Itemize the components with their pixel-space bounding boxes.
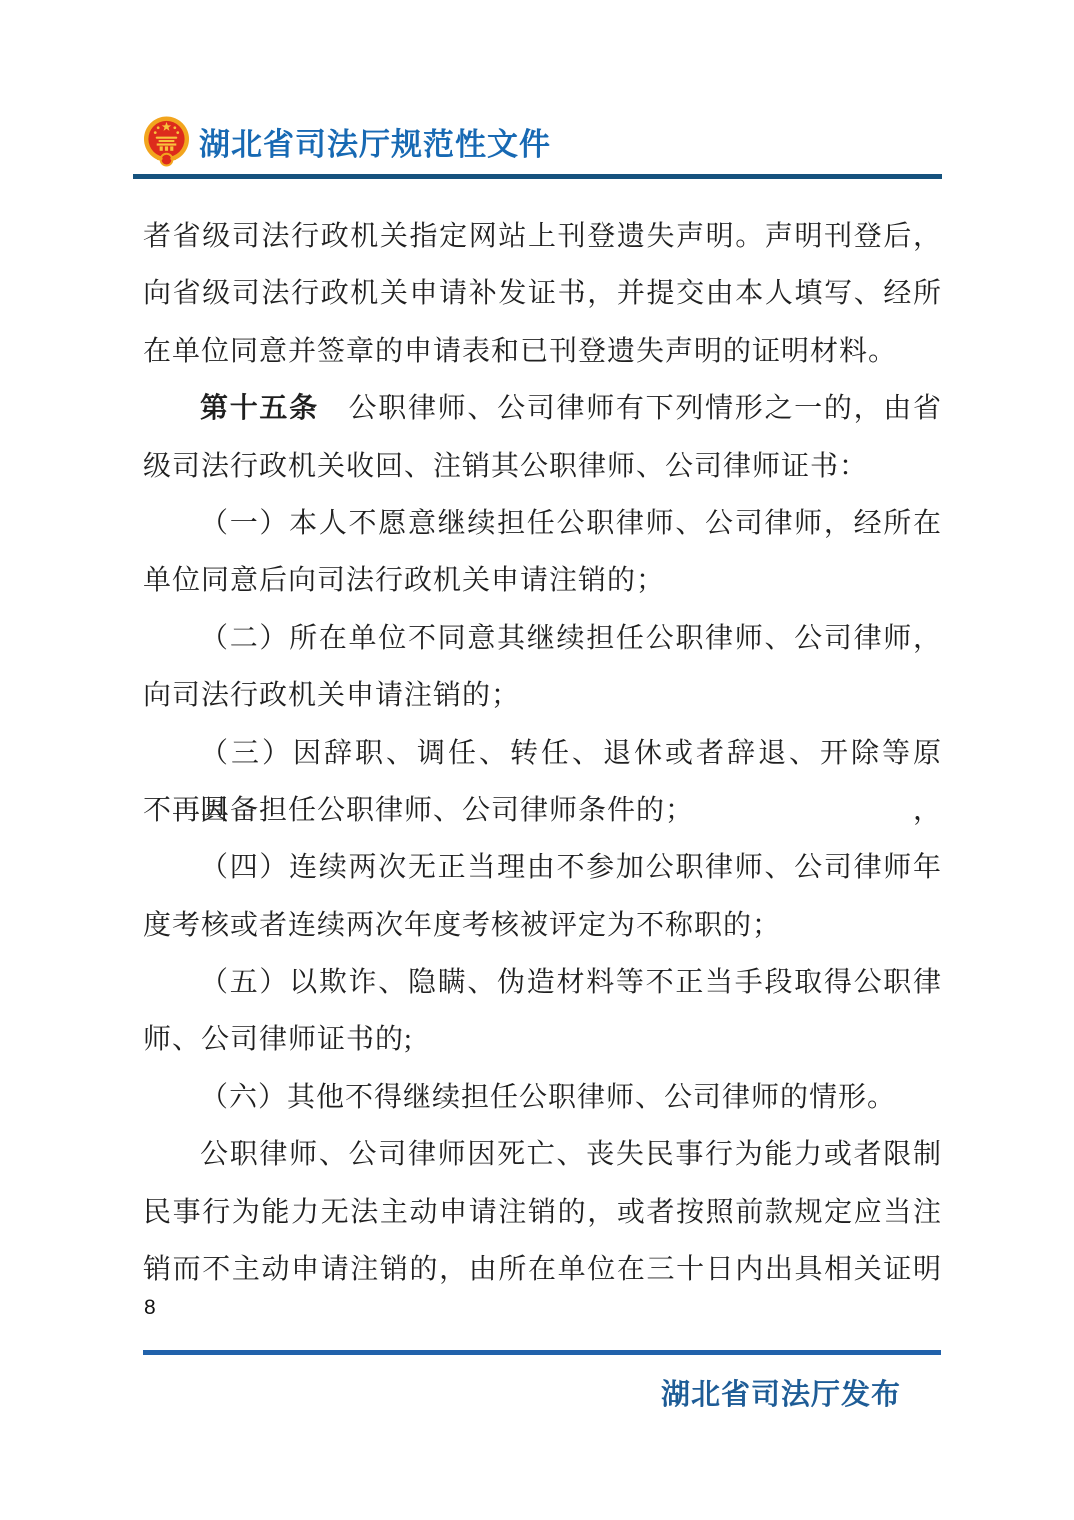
document-header: 湖北省司法厅规范性文件 — [143, 115, 551, 167]
body-line: 级司法行政机关收回、注销其公职律师、公司律师证书： — [143, 438, 942, 495]
body-line: （一）本人不愿意继续担任公职律师、公司律师，经所在 — [143, 495, 942, 552]
body-line: 在单位同意并签章的申请表和已刊登遗失声明的证明材料。 — [143, 323, 942, 380]
body-line: 向省级司法行政机关申请补发证书，并提交由本人填写、经所 — [143, 265, 942, 322]
body-line-text: 者省级司法行政机关指定网站上刊登遗失声明。声明刊登后， — [143, 221, 942, 252]
body-line-text: 在单位同意并签章的申请表和已刊登遗失声明的证明材料。 — [143, 336, 897, 367]
body-line-text: 师、公司律师证书的; — [143, 1024, 413, 1055]
body-line: 第十五条 公职律师、公司律师有下列情形之一的，由省 — [143, 380, 942, 437]
body-line-text: （二）所在单位不同意其继续担任公职律师、公司律师， — [200, 623, 942, 654]
body-line: （二）所在单位不同意其继续担任公职律师、公司律师， — [143, 610, 942, 667]
body-line-text: （四）连续两次无正当理由不参加公职律师、公司律师年 — [200, 852, 942, 883]
body-line-text: 公职律师、公司律师因死亡、丧失民事行为能力或者限制 — [200, 1139, 942, 1170]
body-line: 度考核或者连续两次年度考核被评定为不称职的； — [143, 897, 942, 954]
header-divider — [133, 174, 942, 179]
body-line-text: 公职律师、公司律师有下列情形之一的，由省 — [319, 393, 942, 424]
document-body: 者省级司法行政机关指定网站上刊登遗失声明。声明刊登后，向省级司法行政机关申请补发… — [143, 208, 942, 1298]
body-line-text: （一）本人不愿意继续担任公职律师、公司律师，经所在 — [200, 508, 942, 539]
article-number: 第十五条 — [200, 393, 319, 424]
body-line: 公职律师、公司律师因死亡、丧失民事行为能力或者限制 — [143, 1126, 942, 1183]
body-line-text: 民事行为能力无法主动申请注销的，或者按照前款规定应当注 — [143, 1197, 942, 1228]
body-line: 民事行为能力无法主动申请注销的，或者按照前款规定应当注 — [143, 1184, 942, 1241]
body-line: （三）因辞职、调任、转任、退休或者辞退、开除等原因， — [143, 725, 942, 782]
body-line: （四）连续两次无正当理由不参加公职律师、公司律师年 — [143, 839, 942, 896]
body-line: 向司法行政机关申请注销的； — [143, 667, 942, 724]
body-line: （五）以欺诈、隐瞒、伪造材料等不正当手段取得公职律 — [143, 954, 942, 1011]
body-line-text: （六）其他不得继续担任公职律师、公司律师的情形。 — [200, 1082, 896, 1113]
document-page: 湖北省司法厅规范性文件 者省级司法行政机关指定网站上刊登遗失声明。声明刊登后，向… — [0, 0, 1074, 1520]
body-line-text: 单位同意后向司法行政机关申请注销的； — [143, 565, 665, 596]
page-number: 8 — [144, 1296, 156, 1320]
body-line: （六）其他不得继续担任公职律师、公司律师的情形。 — [143, 1069, 942, 1126]
footer-divider — [143, 1350, 941, 1355]
body-line-text: 向省级司法行政机关申请补发证书，并提交由本人填写、经所 — [143, 278, 942, 309]
body-line: 单位同意后向司法行政机关申请注销的； — [143, 552, 942, 609]
body-line-text: （五）以欺诈、隐瞒、伪造材料等不正当手段取得公职律 — [200, 967, 942, 998]
page-title: 湖北省司法厅规范性文件 — [199, 119, 551, 164]
body-line-text: 销而不主动申请注销的，由所在单位在三十日内出具相关证明 — [143, 1254, 942, 1285]
body-line: 销而不主动申请注销的，由所在单位在三十日内出具相关证明 — [143, 1241, 942, 1298]
body-line-text: 度考核或者连续两次年度考核被评定为不称职的； — [143, 910, 781, 941]
body-line-text: 向司法行政机关申请注销的； — [143, 680, 520, 711]
body-line: 师、公司律师证书的; — [143, 1011, 942, 1068]
body-line-text: 级司法行政机关收回、注销其公职律师、公司律师证书： — [143, 451, 868, 482]
china-national-emblem-icon — [143, 115, 190, 167]
publisher-label: 湖北省司法厅发布 — [143, 1372, 901, 1413]
body-line-text: 不再具备担任公职律师、公司律师条件的； — [143, 795, 694, 826]
body-line: 者省级司法行政机关指定网站上刊登遗失声明。声明刊登后， — [143, 208, 942, 265]
